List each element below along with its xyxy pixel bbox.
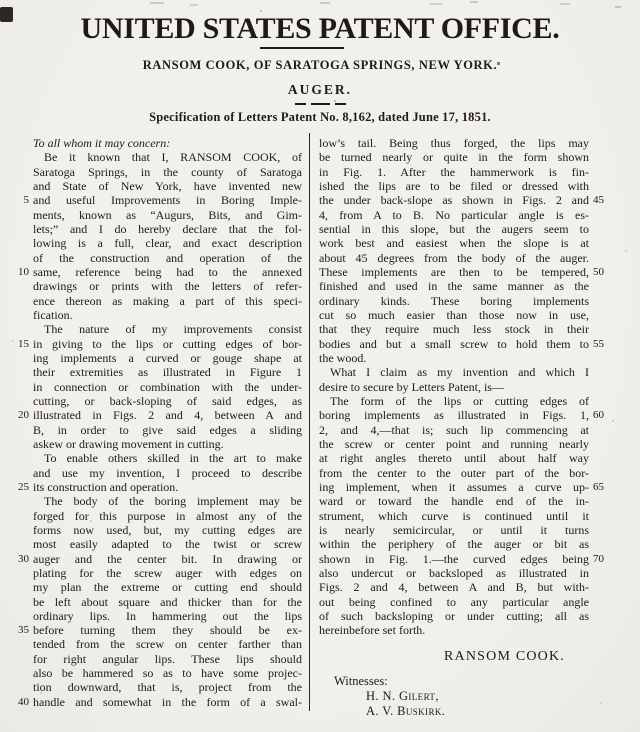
text-line: Figs. 2 and 4, between A and B, but with… [319, 580, 589, 594]
line-text: handle and somewhat in the form of a swa… [33, 695, 302, 709]
line-text: be left about square and thicker than fo… [33, 595, 302, 609]
line-text: for right angular lips. These lips shoul… [33, 652, 302, 666]
inventor-line: RANSOM COOK, OF SARATOGA SPRINGS, NEW YO… [0, 58, 640, 73]
text-line: ments, known as “Augurs, Bits, and Gim- [33, 208, 302, 222]
text-line: finished and used in the same manner as … [319, 279, 589, 293]
line-text: at right angles thereto until about half… [319, 451, 589, 465]
text-line: 2, and 4,—that is; such lip commencing a… [319, 423, 589, 437]
text-line: ished the lips are to be filed or dresse… [319, 179, 589, 193]
text-line: most easily adapted to the twist or scre… [33, 537, 302, 551]
line-number: 65 [593, 480, 617, 494]
line-text: also undercut or backsloped as illustrat… [319, 566, 589, 580]
text-line: plating for the screw auger with edges o… [33, 566, 302, 580]
text-line: 40handle and somewhat in the form of a s… [33, 695, 302, 709]
text-line: lowing is a full, clear, and exact descr… [33, 236, 302, 250]
witnesses-label: Witnesses: [319, 674, 589, 689]
line-text: askew or drawing movement in cutting. [33, 437, 302, 451]
line-text: ence thereon as making a part of this sp… [33, 294, 302, 308]
line-text: tion downward, that is, project from the [33, 680, 302, 694]
text-line: the wood. [319, 351, 589, 365]
line-text: forms now used, but, my cutting edges ar… [33, 523, 302, 537]
scan-speck [190, 4, 198, 6]
text-line: ward or toward the handle end of the in- [319, 494, 589, 508]
line-text: their extremities as illustrated in Figu… [33, 365, 302, 379]
line-text: ments, known as “Augurs, Bits, and Gim- [33, 208, 302, 222]
text-line: 15in giving to the lips or cutting edges… [33, 337, 302, 351]
line-text: ordinary kinds. These boring implements [319, 294, 589, 308]
line-text: same, reference being had to the annexed [33, 265, 302, 279]
line-text: finished and used in the same manner as … [319, 279, 589, 293]
text-line: in Fig. 1. After the hammerwork is fin- [319, 165, 589, 179]
line-number: 30 [7, 552, 29, 566]
text-line: 4, from A to B. No particular angle is e… [319, 208, 589, 222]
scan-speck [150, 2, 164, 4]
line-text: ward or toward the handle end of the in- [319, 494, 589, 508]
text-line: strument, which curve is continued until… [319, 509, 589, 523]
text-line: To enable others skilled in the art to m… [33, 451, 302, 465]
text-line: fication. [33, 308, 302, 322]
text-line: desire to secure by Letters Patent, is— [319, 380, 589, 394]
text-line: within the periphery of the auger or bit… [319, 537, 589, 551]
text-line: Be it known that I, RANSOM COOK, of [33, 150, 302, 164]
line-text: in connection or combination with the un… [33, 380, 302, 394]
page-title: UNITED STATES PATENT OFFICE. [0, 12, 640, 46]
line-text: 4, from A to B. No particular angle is e… [319, 208, 589, 222]
text-line: be turned nearly or quite in the form sh… [319, 150, 589, 164]
line-text: plating for the screw auger with edges o… [33, 566, 302, 580]
line-text: tended from the screw on center farther … [33, 637, 302, 651]
text-line: 50These implements are then to be temper… [319, 265, 589, 279]
line-text: drawings or prints with the letters of r… [33, 279, 302, 293]
line-text: strument, which curve is continued until… [319, 509, 589, 523]
text-line: be left about square and thicker than fo… [33, 595, 302, 609]
patent-document-page: UNITED STATES PATENT OFFICE. RANSOM COOK… [0, 0, 640, 732]
text-line: also be hammered so as to have some proj… [33, 666, 302, 680]
text-line: The body of the boring implement may be [33, 494, 302, 508]
line-text: ordinary lips. In hammering out the lips [33, 609, 302, 623]
scan-speck [600, 702, 602, 704]
line-text: work best and easiest when the slope is … [319, 236, 589, 250]
text-line: their extremities as illustrated in Figu… [33, 365, 302, 379]
text-line: my plan the extreme or cutting end shoul… [33, 580, 302, 594]
invention-title: AUGER. [0, 82, 640, 98]
text-line: tended from the screw on center farther … [33, 637, 302, 651]
text-line: ing implements a curved or gouge shape a… [33, 351, 302, 365]
text-line: 45the under back-slope as shown in Figs.… [319, 193, 589, 207]
line-text: most easily adapted to the twist or scre… [33, 537, 302, 551]
scan-speck [615, 6, 621, 8]
right-column: low’s tail. Being thus forged, the lips … [319, 136, 589, 719]
line-text: The form of the lips or cutting edges of [319, 394, 589, 408]
line-text: sential in this slope, but the augers se… [319, 222, 589, 236]
text-line: low’s tail. Being thus forged, the lips … [319, 136, 589, 150]
scan-speck [430, 3, 442, 5]
line-text: and use my invention, I proceed to descr… [33, 466, 302, 480]
line-text: within the periphery of the auger or bit… [319, 537, 589, 551]
line-text: bodies and but a small screw to hold the… [319, 337, 589, 351]
line-text: and State of New York, have invented new [33, 179, 302, 193]
text-line: 5and useful Improvements in Boring Imple… [33, 193, 302, 207]
text-line: that they require much less stock in the… [319, 322, 589, 336]
line-number: 45 [593, 193, 617, 207]
line-text: of the construction and operation of the [33, 251, 302, 265]
line-number: 40 [7, 695, 29, 709]
text-line: also undercut or backsloped as illustrat… [319, 566, 589, 580]
subject-divider [293, 103, 347, 105]
text-line: cutting, or back-sloping of said edges, … [33, 394, 302, 408]
text-line: askew or drawing movement in cutting. [33, 437, 302, 451]
line-text: is nearly semicircular, or until it turn… [319, 523, 589, 537]
line-number: 70 [593, 552, 617, 566]
line-text: boring implements as illustrated in Figs… [319, 408, 589, 422]
line-text: illustrated in Figs. 2 and 4, between A … [33, 408, 302, 422]
text-line: What I claim as my invention and which I [319, 365, 589, 379]
line-text: To all whom it may concern: [33, 136, 302, 150]
line-number: 20 [7, 408, 29, 422]
text-line: sential in this slope, but the augers se… [319, 222, 589, 236]
witness-name: H. N. Gilert, [319, 689, 589, 704]
line-text: Be it known that I, RANSOM COOK, of [33, 150, 302, 164]
signature: RANSOM COOK. [319, 649, 589, 665]
text-line: ordinary lips. In hammering out the lips [33, 609, 302, 623]
line-text: my plan the extreme or cutting end shoul… [33, 580, 302, 594]
text-line: 55bodies and but a small screw to hold t… [319, 337, 589, 351]
line-text: ing implement, when it assumes a curve u… [319, 480, 589, 494]
text-line: 35before turning them they should be ex- [33, 623, 302, 637]
text-line: from the center to the outer part of the… [319, 466, 589, 480]
line-text: be turned nearly or quite in the form sh… [319, 150, 589, 164]
text-line: ordinary kinds. These boring implements [319, 294, 589, 308]
text-line: work best and easiest when the slope is … [319, 236, 589, 250]
line-number: 55 [593, 337, 617, 351]
scan-speck [470, 1, 478, 3]
text-line: 60boring implements as illustrated in Fi… [319, 408, 589, 422]
text-line: is nearly semicircular, or until it turn… [319, 523, 589, 537]
text-line: tion downward, that is, project from the [33, 680, 302, 694]
line-number: 10 [7, 265, 29, 279]
line-text: of such backsloping or under cutting; al… [319, 609, 589, 623]
text-line: 20illustrated in Figs. 2 and 4, between … [33, 408, 302, 422]
text-line: forms now used, but, my cutting edges ar… [33, 523, 302, 537]
text-line: 10same, reference being had to the annex… [33, 265, 302, 279]
text-line: drawings or prints with the letters of r… [33, 279, 302, 293]
line-text: The nature of my improvements consist [33, 322, 302, 336]
line-text: cut so much easier than those now in use… [319, 308, 589, 322]
text-line: in connection or combination with the un… [33, 380, 302, 394]
text-line: the screw or center point and running ne… [319, 437, 589, 451]
text-line: 30auger and the center bit. In drawing o… [33, 552, 302, 566]
line-text: hereinbefore set forth. [319, 623, 589, 637]
line-number: 25 [7, 480, 29, 494]
line-text: and useful Improvements in Boring Imple- [33, 193, 302, 207]
text-line: hereinbefore set forth. [319, 623, 589, 637]
text-line: and State of New York, have invented new [33, 179, 302, 193]
line-text: that they require much less stock in the… [319, 322, 589, 336]
line-text: What I claim as my invention and which I [319, 365, 589, 379]
text-line: at right angles thereto until about half… [319, 451, 589, 465]
line-text: cutting, or back-sloping of said edges, … [33, 394, 302, 408]
text-line: lets;” and I do hereby declare that the … [33, 222, 302, 236]
line-text: also be hammered so as to have some proj… [33, 666, 302, 680]
text-line: of such backsloping or under cutting; al… [319, 609, 589, 623]
text-line: about 45 degrees from the body of the au… [319, 251, 589, 265]
left-column: To all whom it may concern:Be it known t… [33, 136, 302, 709]
line-number: 60 [593, 408, 617, 422]
text-line: To all whom it may concern: [33, 136, 302, 150]
line-text: Figs. 2 and 4, between A and B, but with… [319, 580, 589, 594]
right-column-text: low’s tail. Being thus forged, the lips … [319, 136, 589, 637]
line-text: about 45 degrees from the body of the au… [319, 251, 589, 265]
line-text: out being confined to any particular ang… [319, 595, 589, 609]
text-line: of the construction and operation of the [33, 251, 302, 265]
line-text: B, in order to give said edges a sliding [33, 423, 302, 437]
line-number: 35 [7, 623, 29, 637]
line-text: 2, and 4,—that is; such lip commencing a… [319, 423, 589, 437]
scan-speck [320, 2, 330, 4]
line-text: desire to secure by Letters Patent, is— [319, 380, 589, 394]
line-text: forged for this purpose in almost any of… [33, 509, 302, 523]
text-line: The form of the lips or cutting edges of [319, 394, 589, 408]
line-text: before turning them they should be ex- [33, 623, 302, 637]
line-text: lowing is a full, clear, and exact descr… [33, 236, 302, 250]
text-line: cut so much easier than those now in use… [319, 308, 589, 322]
line-text: the under back-slope as shown in Figs. 2… [319, 193, 589, 207]
line-text: These implements are then to be tempered… [319, 265, 589, 279]
text-line: for right angular lips. These lips shoul… [33, 652, 302, 666]
line-text: from the center to the outer part of the… [319, 466, 589, 480]
line-number: 5 [7, 193, 29, 207]
text-line: 25its construction and operation. [33, 480, 302, 494]
line-text: Saratoga Springs, in the county of Sarat… [33, 165, 302, 179]
text-line: ence thereon as making a part of this sp… [33, 294, 302, 308]
line-text: ing implements a curved or gouge shape a… [33, 351, 302, 365]
specification-line: Specification of Letters Patent No. 8,16… [0, 110, 640, 125]
line-text: the wood. [319, 351, 589, 365]
title-divider [260, 47, 344, 49]
witness-name: A. V. Buskirk. [319, 704, 589, 719]
line-text: in Fig. 1. After the hammerwork is fin- [319, 165, 589, 179]
line-text: its construction and operation. [33, 480, 302, 494]
text-line: 70shown in Fig. 1.—the curved edges bein… [319, 552, 589, 566]
scan-speck [625, 250, 627, 252]
line-text: To enable others skilled in the art to m… [33, 451, 302, 465]
text-line: Saratoga Springs, in the county of Sarat… [33, 165, 302, 179]
text-line: forged for this purpose in almost any of… [33, 509, 302, 523]
line-text: the screw or center point and running ne… [319, 437, 589, 451]
text-line: 65ing implement, when it assumes a curve… [319, 480, 589, 494]
line-number: 15 [7, 337, 29, 351]
column-divider [309, 133, 310, 711]
line-text: ished the lips are to be filed or dresse… [319, 179, 589, 193]
left-column-text: To all whom it may concern:Be it known t… [33, 136, 302, 709]
line-number: 50 [593, 265, 617, 279]
line-text: fication. [33, 308, 302, 322]
line-text: lets;” and I do hereby declare that the … [33, 222, 302, 236]
scan-speck [560, 3, 570, 5]
line-text: shown in Fig. 1.—the curved edges being [319, 552, 589, 566]
text-line: and use my invention, I proceed to descr… [33, 466, 302, 480]
line-text: auger and the center bit. In drawing or [33, 552, 302, 566]
text-line: The nature of my improvements consist [33, 322, 302, 336]
line-text: in giving to the lips or cutting edges o… [33, 337, 302, 351]
line-text: The body of the boring implement may be [33, 494, 302, 508]
text-line: B, in order to give said edges a sliding [33, 423, 302, 437]
text-line: out being confined to any particular ang… [319, 595, 589, 609]
line-text: low’s tail. Being thus forged, the lips … [319, 136, 589, 150]
scan-speck [334, 100, 336, 102]
